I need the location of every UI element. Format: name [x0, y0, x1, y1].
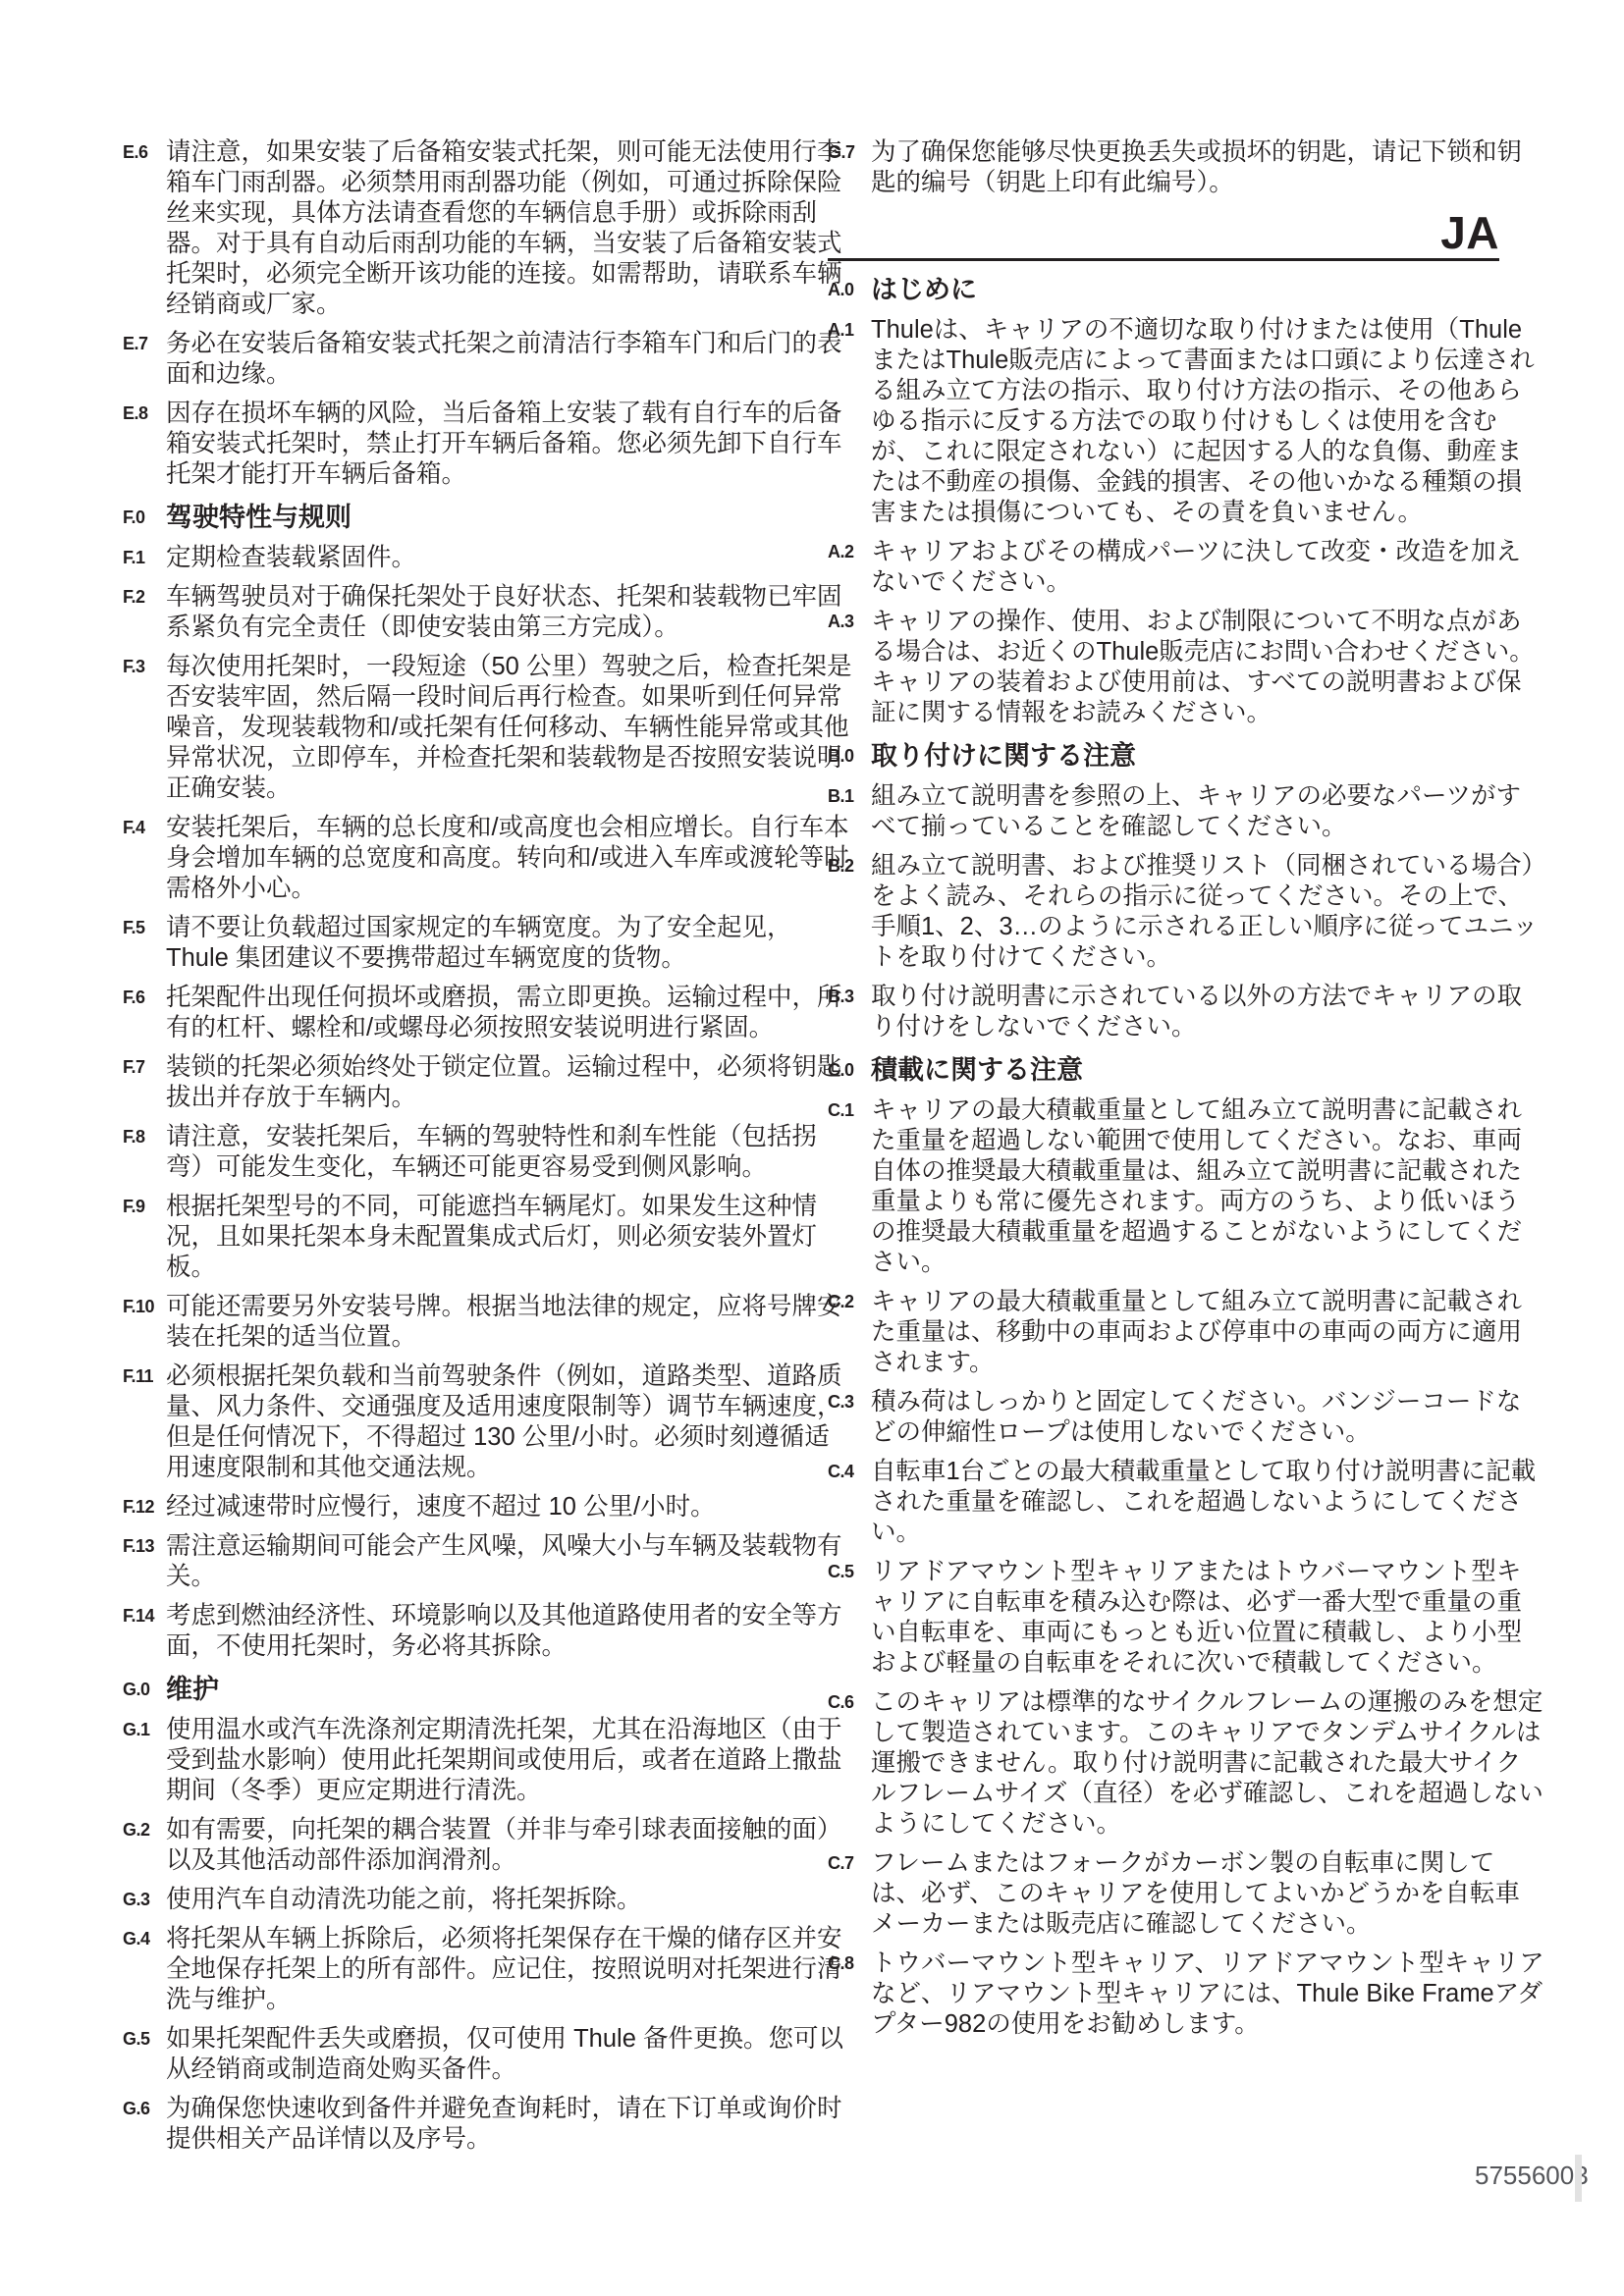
item-label: F.3 — [123, 652, 166, 804]
manual-item: F.3 每次使用托架时，一段短途（50 公里）驾驶之后，检查托架是否安装牢固，然… — [123, 652, 854, 804]
item-text: 定期检查装载紧固件。 — [166, 543, 854, 573]
manual-item: C.7 フレームまたはフォークがカーボン製の自転車に関しては、必ず、このキャリア… — [828, 1848, 1544, 1940]
manual-item: G.3 使用汽车自动清洗功能之前，将托架拆除。 — [123, 1885, 854, 1915]
item-label: G.1 — [123, 1715, 166, 1806]
item-text: 根据托架型号的不同，可能遮挡车辆尾灯。如果发生这种情况，且如果托架本身未配置集成… — [166, 1192, 854, 1283]
item-label: F.8 — [123, 1122, 166, 1183]
item-label: F.1 — [123, 543, 166, 573]
item-text: 请注意，安装托架后，车辆的驾驶特性和刹车性能（包括拐弯）可能发生变化，车辆还可能… — [166, 1122, 854, 1183]
item-text: 取り付け説明書に示されている以外の方法でキャリアの取り付けをしないでください。 — [871, 982, 1544, 1042]
right-column: G.7 为了确保您能够尽快更换丢失或损坏的钥匙，请记下锁和钥匙的编号（钥匙上印有… — [828, 137, 1544, 2049]
item-text: 必须根据托架负载和当前驾驶条件（例如，道路类型、道路质量、风力条件、交通强度及适… — [166, 1362, 854, 1483]
item-text: 为了确保您能够尽快更换丢失或损坏的钥匙，请记下锁和钥匙的编号（钥匙上印有此编号）… — [871, 137, 1544, 198]
item-label: E.6 — [123, 137, 166, 320]
section-heading: B.0 取り付けに関する注意 — [828, 741, 1544, 772]
language-header: JA — [828, 210, 1499, 255]
item-label: C.7 — [828, 1848, 871, 1940]
manual-item: C.4 自転車1台ごとの最大積載重量として取り付け説明書に記載された重量を確認し… — [828, 1457, 1544, 1548]
item-label: F.7 — [123, 1052, 166, 1113]
item-text: フレームまたはフォークがカーボン製の自転車に関しては、必ず、このキャリアを使用し… — [871, 1848, 1544, 1940]
item-text: 需注意运输期间可能会产生风噪，风噪大小与车辆及装载物有关。 — [166, 1531, 854, 1592]
manual-item: E.6 请注意，如果安装了后备箱安装式托架，则可能无法使用行李箱车门雨刮器。必须… — [123, 137, 854, 320]
item-text: 请不要让负载超过国家规定的车辆宽度。为了安全起见，Thule 集团建议不要携带超… — [166, 913, 854, 974]
manual-item: G.5 如果托架配件丢失或磨损，仅可使用 Thule 备件更换。您可以从经销商或… — [123, 2024, 854, 2085]
item-label: C.4 — [828, 1457, 871, 1548]
item-text: 組み立て説明書、および推奨リスト（同梱されている場合）をよく読み、それらの指示に… — [871, 851, 1544, 973]
item-label: B.1 — [828, 781, 871, 842]
item-label: E.8 — [123, 399, 166, 490]
item-text: 可能还需要另外安装号牌。根据当地法律的规定，应将号牌安装在托架的适当位置。 — [166, 1292, 854, 1353]
item-text: 为确保您快速收到备件并避免查询耗时，请在下订单或询价时提供相关产品详情以及序号。 — [166, 2094, 854, 2155]
item-text: 積み荷はしっかりと固定してください。バンジーコードなどの伸縮性ロープは使用しない… — [871, 1387, 1544, 1448]
item-text: 積載に関する注意 — [871, 1055, 1544, 1086]
manual-item: G.4 将托架从车辆上拆除后，必须将托架保存在干燥的储存区并安全地保存托架上的所… — [123, 1924, 854, 2015]
item-text: Thuleは、キャリアの不適切な取り付けまたは使用（ThuleまたはThule販… — [871, 315, 1544, 528]
item-label: F.10 — [123, 1292, 166, 1353]
divider-rule — [828, 258, 1499, 261]
language-section-divider: JA — [828, 210, 1499, 261]
item-text: 车辆驾驶员对于确保托架处于良好状态、托架和装载物已牢固系紧负有完全责任（即使安装… — [166, 582, 854, 643]
item-label: C.5 — [828, 1557, 871, 1679]
item-label: F.12 — [123, 1492, 166, 1522]
item-label: F.11 — [123, 1362, 166, 1483]
item-text: 組み立て説明書を参照の上、キャリアの必要なパーツがすべて揃っていることを確認して… — [871, 781, 1544, 842]
manual-item: C.8 トウバーマウント型キャリア、リアドアマウント型キャリアなど、リアマウント… — [828, 1949, 1544, 2040]
item-label: B.0 — [828, 741, 871, 772]
manual-item: E.8 因存在损坏车辆的风险，当后备箱上安装了载有自行车的后备箱安装式托架时，禁… — [123, 399, 854, 490]
manual-item: G.7 为了确保您能够尽快更换丢失或损坏的钥匙，请记下锁和钥匙的编号（钥匙上印有… — [828, 137, 1544, 198]
section-heading: A.0 はじめに — [828, 275, 1544, 305]
item-label: G.0 — [123, 1675, 166, 1705]
manual-item: F.11 必须根据托架负载和当前驾驶条件（例如，道路类型、道路质量、风力条件、交… — [123, 1362, 854, 1483]
manual-item: F.6 托架配件出现任何损坏或磨损，需立即更换。运输过程中，所有的杠杆、螺栓和/… — [123, 983, 854, 1043]
manual-item: C.5 リアドアマウント型キャリアまたはトウバーマウント型キャリアに自転車を積み… — [828, 1557, 1544, 1679]
item-text: 如果托架配件丢失或磨损，仅可使用 Thule 备件更换。您可以从经销商或制造商处… — [166, 2024, 854, 2085]
item-label: A.3 — [828, 607, 871, 728]
item-label: F.4 — [123, 813, 166, 904]
manual-item: C.6 このキャリアは標準的なサイクルフレームの運搬のみを想定して製造されていま… — [828, 1687, 1544, 1840]
item-label: G.6 — [123, 2094, 166, 2155]
manual-item: C.1 キャリアの最大積載重量として組み立て説明書に記載された重量を超過しない範… — [828, 1095, 1544, 1278]
item-label: F.5 — [123, 913, 166, 974]
section-heading: F.0 驾驶特性与规则 — [123, 503, 854, 533]
item-label: F.13 — [123, 1531, 166, 1592]
manual-item: B.1 組み立て説明書を参照の上、キャリアの必要なパーツがすべて揃っていることを… — [828, 781, 1544, 842]
manual-item: F.8 请注意，安装托架后，车辆的驾驶特性和刹车性能（包括拐弯）可能发生变化，车… — [123, 1122, 854, 1183]
item-text: 托架配件出现任何损坏或磨损，需立即更换。运输过程中，所有的杠杆、螺栓和/或螺母必… — [166, 983, 854, 1043]
item-label: A.1 — [828, 315, 871, 528]
manual-item: A.2 キャリアおよびその構成パーツに決して改変・改造を加えないでください。 — [828, 537, 1544, 598]
manual-item: G.2 如有需要，向托架的耦合装置（并非与牵引球表面接触的面）以及其他活动部件添… — [123, 1815, 854, 1876]
item-text: 自転車1台ごとの最大積載重量として取り付け説明書に記載された重量を確認し、これを… — [871, 1457, 1544, 1548]
left-column: E.6 请注意，如果安装了后备箱安装式托架，则可能无法使用行李箱车门雨刮器。必须… — [123, 137, 854, 2163]
item-label: F.9 — [123, 1192, 166, 1283]
manual-item: F.12 经过减速带时应慢行，速度不超过 10 公里/小时。 — [123, 1492, 854, 1522]
item-label: G.4 — [123, 1924, 166, 2015]
item-label: A.0 — [828, 275, 871, 305]
item-text: 驾驶特性与规则 — [166, 503, 854, 533]
item-text: 维护 — [166, 1675, 854, 1705]
manual-page: E.6 请注意，如果安装了后备箱安装式托架，则可能无法使用行李箱车门雨刮器。必须… — [0, 0, 1624, 2296]
item-label: F.14 — [123, 1601, 166, 1662]
manual-item: C.2 キャリアの最大積載重量として組み立て説明書に記載された重量は、移動中の車… — [828, 1287, 1544, 1378]
manual-item: A.3 キャリアの操作、使用、および制限について不明な点がある場合は、お近くのT… — [828, 607, 1544, 728]
item-label: C.0 — [828, 1055, 871, 1086]
manual-item: F.13 需注意运输期间可能会产生风噪，风噪大小与车辆及装载物有关。 — [123, 1531, 854, 1592]
item-text: キャリアの操作、使用、および制限について不明な点がある場合は、お近くのThule… — [871, 607, 1544, 728]
item-text: 取り付けに関する注意 — [871, 741, 1544, 772]
manual-item: G.1 使用温水或汽车洗涤剂定期清洗托架，尤其在沿海地区（由于受到盐水影响）使用… — [123, 1715, 854, 1806]
item-label: C.3 — [828, 1387, 871, 1448]
item-text: 使用汽车自动清洗功能之前，将托架拆除。 — [166, 1885, 854, 1915]
item-label: C.1 — [828, 1095, 871, 1278]
manual-item: F.1 定期检查装载紧固件。 — [123, 543, 854, 573]
item-text: 因存在损坏车辆的风险，当后备箱上安装了载有自行车的后备箱安装式托架时，禁止打开车… — [166, 399, 854, 490]
item-label: G.2 — [123, 1815, 166, 1876]
item-label: G.7 — [828, 137, 871, 198]
right-column-main: A.0 はじめに A.1 Thuleは、キャリアの不適切な取り付けまたは使用（T… — [828, 275, 1544, 2040]
manual-item: F.2 车辆驾驶员对于确保托架处于良好状态、托架和装载物已牢固系紧负有完全责任（… — [123, 582, 854, 643]
manual-item: F.9 根据托架型号的不同，可能遮挡车辆尾灯。如果发生这种情况，且如果托架本身未… — [123, 1192, 854, 1283]
item-text: 使用温水或汽车洗涤剂定期清洗托架，尤其在沿海地区（由于受到盐水影响）使用此托架期… — [166, 1715, 854, 1806]
item-label: C.2 — [828, 1287, 871, 1378]
item-text: 每次使用托架时，一段短途（50 公里）驾驶之后，检查托架是否安装牢固，然后隔一段… — [166, 652, 854, 804]
item-label: F.6 — [123, 983, 166, 1043]
manual-item: F.4 安装托架后，车辆的总长度和/或高度也会相应增长。自行车本身会增加车辆的总… — [123, 813, 854, 904]
manual-item: G.6 为确保您快速收到备件并避免查询耗时，请在下订单或询价时提供相关产品详情以… — [123, 2094, 854, 2155]
item-text: キャリアおよびその構成パーツに決して改変・改造を加えないでください。 — [871, 537, 1544, 598]
item-label: A.2 — [828, 537, 871, 598]
item-text: トウバーマウント型キャリア、リアドアマウント型キャリアなど、リアマウント型キャリ… — [871, 1949, 1544, 2040]
item-label: C.6 — [828, 1687, 871, 1840]
right-column-top: G.7 为了确保您能够尽快更换丢失或损坏的钥匙，请记下锁和钥匙的编号（钥匙上印有… — [828, 137, 1544, 198]
section-heading: G.0 维护 — [123, 1675, 854, 1705]
manual-item: F.14 考虑到燃油经济性、环境影响以及其他道路使用者的安全等方面，不使用托架时… — [123, 1601, 854, 1662]
scan-artifact — [1575, 2155, 1582, 2202]
item-text: このキャリアは標準的なサイクルフレームの運搬のみを想定して製造されています。この… — [871, 1687, 1544, 1840]
manual-item: F.5 请不要让负载超过国家规定的车辆宽度。为了安全起见，Thule 集团建议不… — [123, 913, 854, 974]
item-text: 请注意，如果安装了后备箱安装式托架，则可能无法使用行李箱车门雨刮器。必须禁用雨刮… — [166, 137, 854, 320]
item-label: B.3 — [828, 982, 871, 1042]
item-label: F.0 — [123, 503, 166, 533]
item-label: F.2 — [123, 582, 166, 643]
item-label: G.3 — [123, 1885, 166, 1915]
item-text: 安装托架后，车辆的总长度和/或高度也会相应增长。自行车本身会增加车辆的总宽度和高… — [166, 813, 854, 904]
item-label: B.2 — [828, 851, 871, 973]
item-text: 装锁的托架必须始终处于锁定位置。运输过程中，必须将钥匙拔出并存放于车辆内。 — [166, 1052, 854, 1113]
section-heading: C.0 積載に関する注意 — [828, 1055, 1544, 1086]
manual-item: F.10 可能还需要另外安装号牌。根据当地法律的规定，应将号牌安装在托架的适当位… — [123, 1292, 854, 1353]
item-text: 如有需要，向托架的耦合装置（并非与牵引球表面接触的面）以及其他活动部件添加润滑剂… — [166, 1815, 854, 1876]
item-text: 将托架从车辆上拆除后，必须将托架保存在干燥的储存区并安全地保存托架上的所有部件。… — [166, 1924, 854, 2015]
item-text: 务必在安装后备箱安装式托架之前清洁行李箱车门和后门的表面和边缘。 — [166, 329, 854, 390]
manual-item: E.7 务必在安装后备箱安装式托架之前清洁行李箱车门和后门的表面和边缘。 — [123, 329, 854, 390]
item-label: G.5 — [123, 2024, 166, 2085]
item-text: リアドアマウント型キャリアまたはトウバーマウント型キャリアに自転車を積み込む際は… — [871, 1557, 1544, 1679]
manual-item: C.3 積み荷はしっかりと固定してください。バンジーコードなどの伸縮性ロープは使… — [828, 1387, 1544, 1448]
manual-item: A.1 Thuleは、キャリアの不適切な取り付けまたは使用（ThuleまたはTh… — [828, 315, 1544, 528]
item-text: 经过减速带时应慢行，速度不超过 10 公里/小时。 — [166, 1492, 854, 1522]
manual-item: B.3 取り付け説明書に示されている以外の方法でキャリアの取り付けをしないでくだ… — [828, 982, 1544, 1042]
item-text: キャリアの最大積載重量として組み立て説明書に記載された重量は、移動中の車両および… — [871, 1287, 1544, 1378]
item-text: はじめに — [871, 275, 1544, 305]
item-label: E.7 — [123, 329, 166, 390]
item-text: キャリアの最大積載重量として組み立て説明書に記載された重量を超過しない範囲で使用… — [871, 1095, 1544, 1278]
manual-item: F.7 装锁的托架必须始终处于锁定位置。运输过程中，必须将钥匙拔出并存放于车辆内… — [123, 1052, 854, 1113]
manual-item: B.2 組み立て説明書、および推奨リスト（同梱されている場合）をよく読み、それら… — [828, 851, 1544, 973]
item-text: 考虑到燃油经济性、环境影响以及其他道路使用者的安全等方面，不使用托架时，务必将其… — [166, 1601, 854, 1662]
item-label: C.8 — [828, 1949, 871, 2040]
